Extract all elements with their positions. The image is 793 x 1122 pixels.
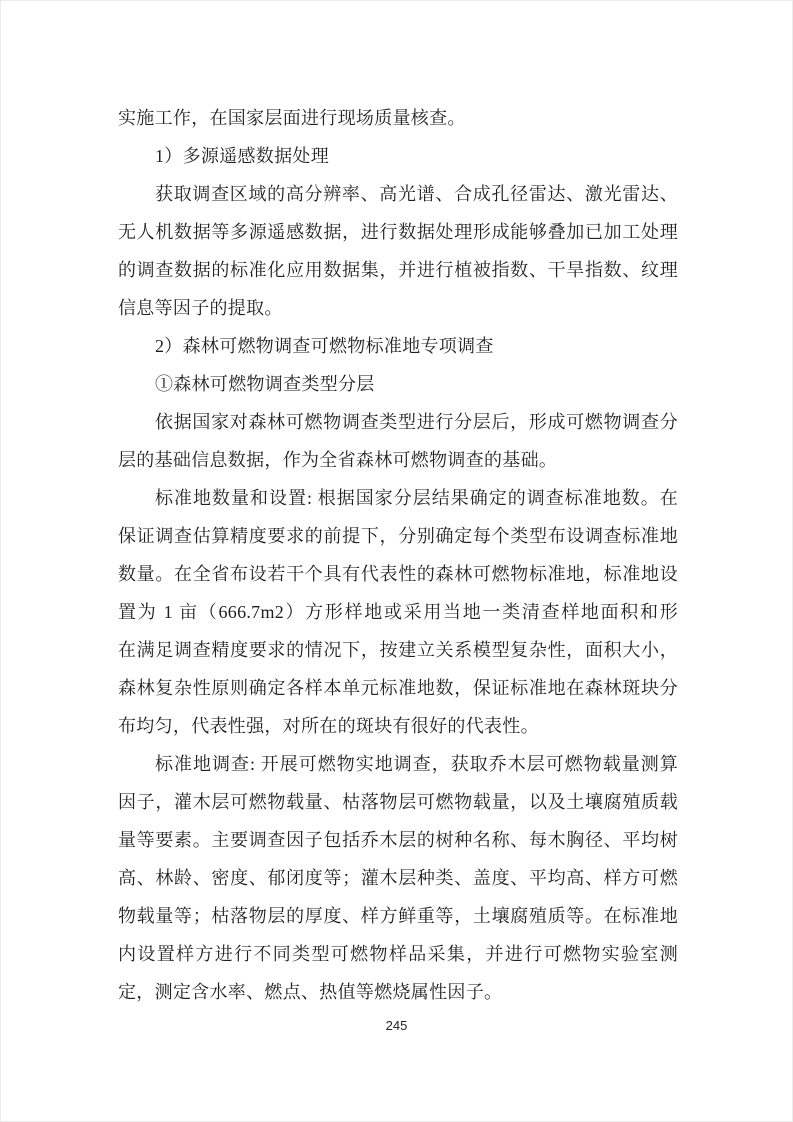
- body-text-block: 实施工作，在国家层面进行现场质量核查。1）多源遥感数据处理获取调查区域的高分辨率…: [118, 99, 678, 1011]
- text-line: 森林复杂性原则确定各样本单元标准地数，保证标准地在森林斑块分: [118, 669, 678, 707]
- page-number: 245: [0, 1018, 793, 1034]
- text-line: 标准地调查: 开展可燃物实地调查，获取乔木层可燃物载量测算: [118, 745, 678, 783]
- text-line: 层的基础信息数据，作为全省森林可燃物调查的基础。: [118, 441, 678, 479]
- text-line: 1）多源遥感数据处理: [118, 137, 678, 175]
- text-line: 物载量等；枯落物层的厚度、样方鲜重等，土壤腐殖质等。在标准地: [118, 897, 678, 935]
- text-line: 保证调查估算精度要求的前提下，分别确定每个类型布设调查标准地: [118, 517, 678, 555]
- text-line: 2）森林可燃物调查可燃物标准地专项调查: [118, 327, 678, 365]
- text-line: 标准地数量和设置: 根据国家分层结果确定的调查标准地数。在: [118, 479, 678, 517]
- text-line: 因子，灌木层可燃物载量、枯落物层可燃物载量，以及土壤腐殖质载: [118, 783, 678, 821]
- text-line: 量等要素。主要调查因子包括乔木层的树种名称、每木胸径、平均树: [118, 821, 678, 859]
- text-line: 信息等因子的提取。: [118, 289, 678, 327]
- text-line: 置为 1 亩（666.7m2）方形样地或采用当地一类清查样地面积和形状。: [118, 593, 678, 631]
- text-line: 获取调查区域的高分辨率、高光谱、合成孔径雷达、激光雷达、: [118, 175, 678, 213]
- text-line: 的调查数据的标准化应用数据集，并进行植被指数、干旱指数、纹理: [118, 251, 678, 289]
- document-page: 实施工作，在国家层面进行现场质量核查。1）多源遥感数据处理获取调查区域的高分辨率…: [0, 0, 793, 1122]
- text-line: 无人机数据等多源遥感数据，进行数据处理形成能够叠加已加工处理: [118, 213, 678, 251]
- text-line: ①森林可燃物调查类型分层: [118, 365, 678, 403]
- text-line: 高、林龄、密度、郁闭度等；灌木层种类、盖度、平均高、样方可燃: [118, 859, 678, 897]
- text-line: 实施工作，在国家层面进行现场质量核查。: [118, 99, 678, 137]
- text-line: 依据国家对森林可燃物调查类型进行分层后，形成可燃物调查分: [118, 403, 678, 441]
- text-line: 数量。在全省布设若干个具有代表性的森林可燃物标准地，标准地设: [118, 555, 678, 593]
- text-line: 定，测定含水率、燃点、热值等燃烧属性因子。: [118, 973, 678, 1011]
- text-line: 在满足调查精度要求的情况下，按建立关系模型复杂性，面积大小，: [118, 631, 678, 669]
- text-line: 内设置样方进行不同类型可燃物样品采集，并进行可燃物实验室测: [118, 935, 678, 973]
- text-line: 布均匀，代表性强，对所在的斑块有很好的代表性。: [118, 707, 678, 745]
